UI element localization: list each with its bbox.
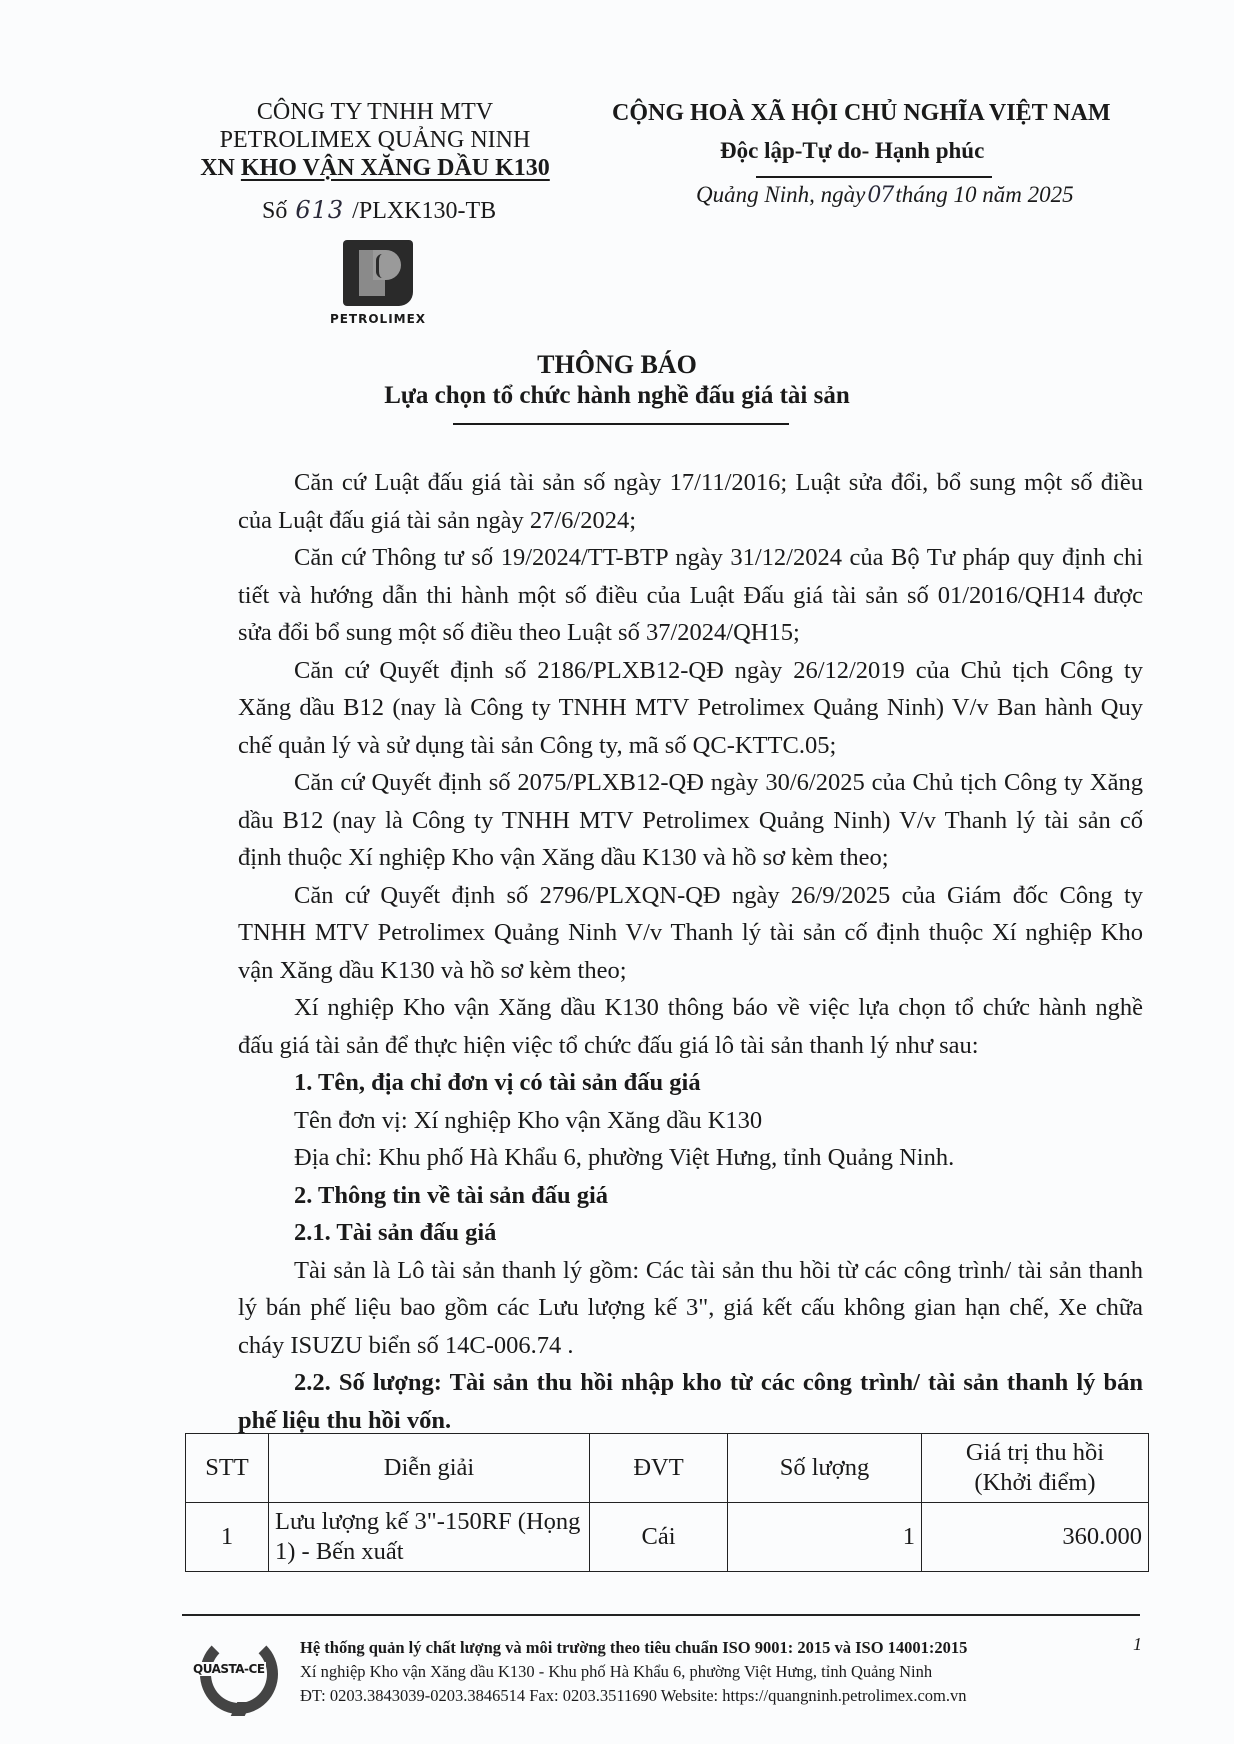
body-line: sửa đổi bổ sung một số điều theo Luật số… [238,614,1143,652]
body-paragraph: Căn cứ Quyết định số 2796/PLXQN-QĐ ngày … [238,877,1143,990]
document-title: THÔNG BÁO [0,350,1234,380]
body-paragraph: 2.2. Số lượng: Tài sản thu hồi nhập kho … [238,1364,1143,1439]
footer-divider [182,1614,1140,1616]
document-number-suffix: /PLXK130-TB [352,198,496,224]
nation-title: CỘNG HOÀ XÃ HỘI CHỦ NGHĨA VIỆT NAM [612,100,1111,127]
cell-description: Lưu lượng kế 3"-150RF (Họng 1) - Bến xuấ… [269,1503,590,1572]
quasta-ce-label: QUASTA-CE [192,1662,266,1676]
section-heading: 2.1. Tài sản đấu giá [238,1214,1143,1252]
subtitle-underline [453,423,789,425]
footer-info: Hệ thống quản lý chất lượng và môi trườn… [300,1636,967,1708]
col-header-stt: STT [186,1434,269,1503]
cell-stt: 1 [186,1503,269,1572]
place-date-day-handwritten: 07 [865,183,895,208]
body-line: 2.1. Tài sản đấu giá [294,1214,1143,1252]
table-row: 1 Lưu lượng kế 3"-150RF (Họng 1) - Bến x… [186,1503,1149,1572]
body-line: dầu B12 (nay là Công ty TNHH MTV Petroli… [238,802,1143,840]
page-number: 1 [1133,1634,1142,1655]
body-line: 2. Thông tin về tài sản đấu giá [294,1177,1143,1215]
col-header-quantity: Số lượng [728,1434,922,1503]
body-line: tiết và hướng dẫn thi hành một số điều c… [238,577,1143,615]
issuer-company-line1: CÔNG TY TNHH MTV [190,98,560,126]
place-date-prefix: Quảng Ninh, ngày [696,182,865,207]
footer-address-line: Xí nghiệp Kho vận Xăng dầu K130 - Khu ph… [300,1660,967,1684]
issuer-company-line2: PETROLIMEX QUẢNG NINH [190,126,560,154]
issuer-block: CÔNG TY TNHH MTV PETROLIMEX QUẢNG NINH X… [190,98,560,182]
quasta-ce-logo-icon: QUASTA-CE [196,1634,272,1710]
body-paragraph: Tên đơn vị: Xí nghiệp Kho vận Xăng dầu K… [238,1102,1143,1140]
asset-table: STT Diễn giải ĐVT Số lượng Giá trị thu h… [185,1433,1149,1572]
body-paragraph: Căn cứ Thông tư số 19/2024/TT-BTP ngày 3… [238,539,1143,652]
col-header-description: Diễn giải [269,1434,590,1503]
document-body: Căn cứ Luật đấu giá tài sản số ngày 17/1… [238,464,1143,1439]
body-paragraph: Địa chỉ: Khu phố Hà Khẩu 6, phường Việt … [238,1139,1143,1177]
col-header-value-line2: (Khởi điểm) [974,1469,1095,1496]
logo-text: PETROLIMEX [318,312,438,326]
body-line: Xí nghiệp Kho vận Xăng dầu K130 thông bá… [238,989,1143,1027]
body-line: Tài sản là Lô tài sản thanh lý gồm: Các … [238,1252,1143,1290]
footer-iso-line: Hệ thống quản lý chất lượng và môi trườn… [300,1636,967,1660]
cell-value: 360.000 [922,1503,1149,1572]
body-line: của Luật đấu giá tài sản ngày 27/6/2024; [238,502,1143,540]
motto-underline [756,176,992,178]
section-heading: 1. Tên, địa chỉ đơn vị có tài sản đấu gi… [238,1064,1143,1102]
document-number-label: Số [262,198,287,224]
body-line: cháy ISUZU biển số 14C-006.74 . [238,1327,1143,1365]
body-line: 2.2. Số lượng: Tài sản thu hồi nhập kho … [238,1364,1143,1402]
body-line: Xăng dầu B12 (nay là Công ty TNHH MTV Pe… [238,689,1143,727]
body-line: Căn cứ Quyết định số 2075/PLXB12-QĐ ngày… [238,764,1143,802]
col-header-value-line1: Giá trị thu hồi [966,1439,1104,1466]
body-line: Căn cứ Quyết định số 2186/PLXB12-QĐ ngày… [238,652,1143,690]
body-line: Căn cứ Luật đấu giá tài sản số ngày 17/1… [238,464,1143,502]
document-subtitle: Lựa chọn tổ chức hành nghề đấu giá tài s… [0,382,1234,410]
petrolimex-logo-icon [343,240,413,306]
document-number: Số613/PLXK130-TB [262,196,496,225]
cell-quantity: 1 [728,1503,922,1572]
document-number-handwritten: 613 [287,196,352,224]
body-paragraph: Tài sản là Lô tài sản thanh lý gồm: Các … [238,1252,1143,1365]
issuer-unit-name: KHO VẬN XĂNG DẦU K130 [241,155,550,181]
col-header-unit: ĐVT [590,1434,728,1503]
body-line: 1. Tên, địa chỉ đơn vị có tài sản đấu gi… [294,1064,1143,1102]
body-line: định thuộc Xí nghiệp Kho vận Xăng dầu K1… [238,839,1143,877]
section-heading: 2. Thông tin về tài sản đấu giá [238,1177,1143,1215]
body-line: Tên đơn vị: Xí nghiệp Kho vận Xăng dầu K… [294,1102,1143,1140]
cell-unit: Cái [590,1503,728,1572]
body-line: Căn cứ Quyết định số 2796/PLXQN-QĐ ngày … [238,877,1143,915]
table-header-row: STT Diễn giải ĐVT Số lượng Giá trị thu h… [186,1434,1149,1503]
national-motto: Độc lập-Tự do- Hạnh phúc [720,138,984,164]
issuer-unit: XN KHO VẬN XĂNG DẦU K130 [190,154,560,182]
body-line: chế quản lý và sử dụng tài sản Công ty, … [238,727,1143,765]
footer-contact-line: ĐT: 0203.3843039-0203.3846514 Fax: 0203.… [300,1684,967,1708]
body-paragraph: Xí nghiệp Kho vận Xăng dầu K130 thông bá… [238,989,1143,1064]
body-line: TNHH MTV Petrolimex Quảng Ninh V/v Thanh… [238,914,1143,952]
body-paragraph: Căn cứ Luật đấu giá tài sản số ngày 17/1… [238,464,1143,539]
body-paragraph: Căn cứ Quyết định số 2075/PLXB12-QĐ ngày… [238,764,1143,877]
body-line: vận Xăng dầu K130 và hồ sơ kèm theo; [238,952,1143,990]
body-line: Căn cứ Thông tư số 19/2024/TT-BTP ngày 3… [238,539,1143,577]
body-line: lý bán phế liệu bao gồm các Lưu lượng kế… [238,1289,1143,1327]
body-paragraph: Căn cứ Quyết định số 2186/PLXB12-QĐ ngày… [238,652,1143,765]
body-line: đấu giá tài sản để thực hiện việc tổ chứ… [238,1027,1143,1065]
issuer-unit-prefix: XN [200,155,241,181]
place-date-suffix: tháng 10 năm 2025 [895,182,1073,207]
place-date: Quảng Ninh, ngày07tháng 10 năm 2025 [696,182,1074,208]
col-header-value: Giá trị thu hồi(Khởi điểm) [922,1434,1149,1503]
body-line: Địa chỉ: Khu phố Hà Khẩu 6, phường Việt … [294,1139,1143,1177]
